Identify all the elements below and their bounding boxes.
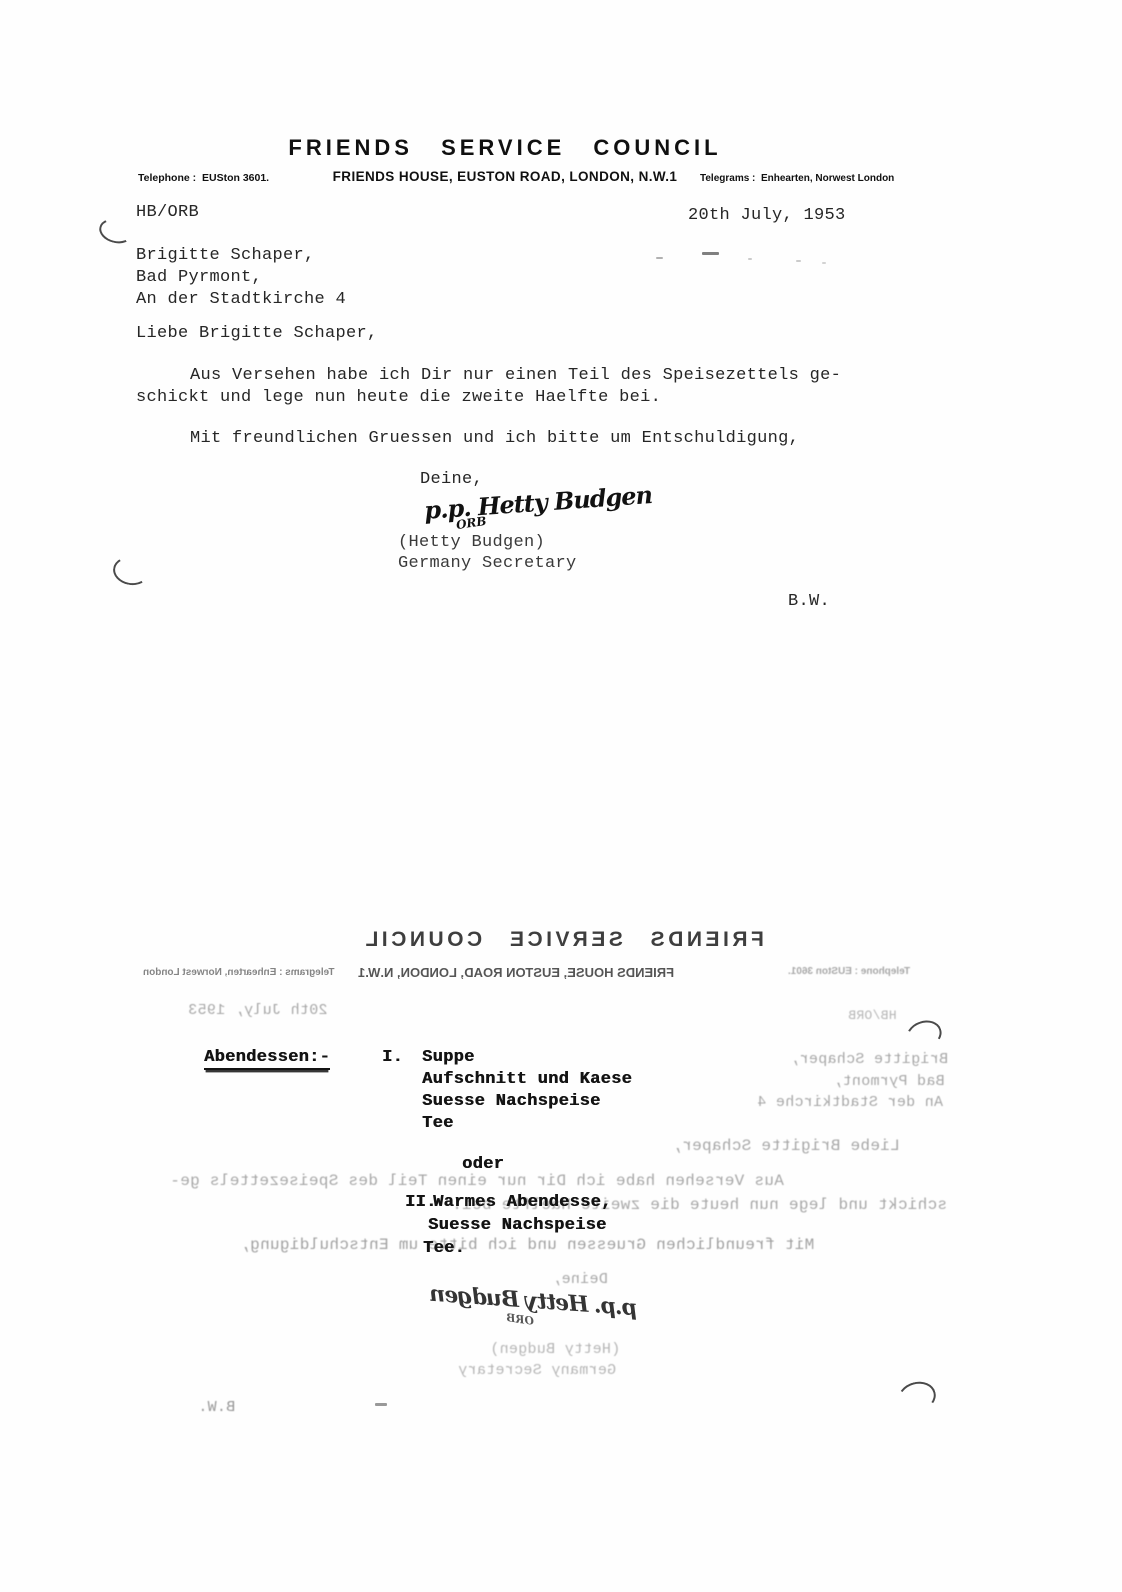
signature-initials-handwriting: ORB (455, 514, 487, 532)
menu-item: Suesse Nachspeise (422, 1092, 601, 1111)
bottom-initials: B.W. (788, 592, 830, 611)
ghost-letterhead-telegrams: Telegrams : Enhearten, Norwest London (143, 967, 335, 978)
letterhead-org-name: FRIENDS SERVICE COUNCIL (0, 135, 1010, 161)
pen-curve-mark-mirrored (895, 1378, 939, 1417)
menu-item: Warmes Abendesse, (433, 1193, 612, 1212)
scan-smudge (702, 252, 719, 255)
recipient-line: Bad Pyrmont, (136, 268, 262, 287)
recipient-line: Brigitte Schaper, (136, 246, 315, 265)
pen-curve-mark-mirrored (902, 1016, 945, 1055)
letterhead-telegrams: Telegrams : Enhearten, Norwest London (700, 173, 894, 184)
closing-line: Mit freundlichen Gruessen und ich bitte … (190, 429, 799, 448)
scan-smudge (656, 257, 663, 259)
ghost-body-line: Aus Versehen habe ich Dir nur einen Teil… (170, 1172, 784, 1190)
body-line: Aus Versehen habe ich Dir nur einen Teil… (190, 366, 841, 385)
ghost-recipient-line: Brigitte Schaper, (790, 1051, 948, 1068)
valediction: Deine, (420, 470, 483, 489)
pen-curve-mark (111, 554, 151, 588)
menu-option1-numeral: I. (382, 1048, 403, 1067)
menu-separator: oder (462, 1155, 504, 1174)
signer-name: (Hetty Budgen) (398, 533, 545, 552)
ghost-letter-date: 20th July, 1953 (188, 1002, 328, 1019)
scanned-letter-sheet: FRIENDS SERVICE COUNCIL Telephone : EUSt… (0, 0, 1122, 1592)
ghost-recipient-line: An der Stadtkirche 4 (757, 1094, 943, 1111)
ghost-recipient-line: Bad Pyrmont, (833, 1073, 945, 1090)
ghost-telephone-label: Telephone : (855, 966, 910, 977)
ghost-telegrams-value: Enhearten, Norwest London (143, 967, 276, 978)
ghost-letterhead-org-name: FRIENDS SERVICE COUNCIL (362, 928, 764, 952)
signer-title: Germany Secretary (398, 554, 577, 573)
menu-option2-numeral: II. (405, 1193, 437, 1212)
ghost-signer-title: Germany Secretary (458, 1362, 616, 1379)
menu-item: Suppe (422, 1048, 475, 1067)
ghost-reference-code: HB/ORB (848, 1008, 897, 1023)
letter-date: 20th July, 1953 (688, 206, 846, 225)
ghost-signer-name: (Hetty Budgen) (490, 1341, 620, 1358)
ghost-telephone-value: EUSton 3601. (788, 966, 852, 977)
ghost-letterhead-address: FRIENDS HOUSE, EUSTON ROAD, LONDON, N.W.… (358, 965, 674, 980)
scan-smudge (748, 258, 752, 260)
ghost-salutation: Liebe Brigitte Schaper, (672, 1137, 900, 1155)
menu-item: Suesse Nachspeise (428, 1216, 607, 1235)
menu-item: Tee (422, 1114, 454, 1133)
ghost-valediction: Deine, (552, 1271, 608, 1288)
ghost-letterhead-telephone: Telephone : EUSton 3601. (788, 966, 910, 977)
reference-code: HB/ORB (136, 203, 199, 222)
body-line: schickt und lege nun heute die zweite Ha… (136, 388, 661, 407)
ghost-bottom-initials: B.W. (198, 1399, 235, 1416)
telegrams-label: Telegrams : (700, 173, 755, 184)
menu-item: Aufschnitt und Kaese (422, 1070, 632, 1089)
scan-smudge (822, 262, 826, 264)
ghost-closing-line: Mit freundlichen Gruessen und ich bitte … (240, 1236, 814, 1254)
menu-item: Tee. (423, 1239, 465, 1258)
pen-curve-mark (97, 215, 136, 247)
scan-smudge (375, 1403, 387, 1406)
telegrams-value: Enhearten, Norwest London (761, 173, 894, 184)
menu-heading: Abendessen:- (204, 1048, 330, 1070)
salutation: Liebe Brigitte Schaper, (136, 324, 378, 343)
ghost-telegrams-label: Telegrams : (279, 967, 334, 978)
scan-smudge (796, 260, 801, 262)
recipient-line: An der Stadtkirche 4 (136, 290, 346, 309)
